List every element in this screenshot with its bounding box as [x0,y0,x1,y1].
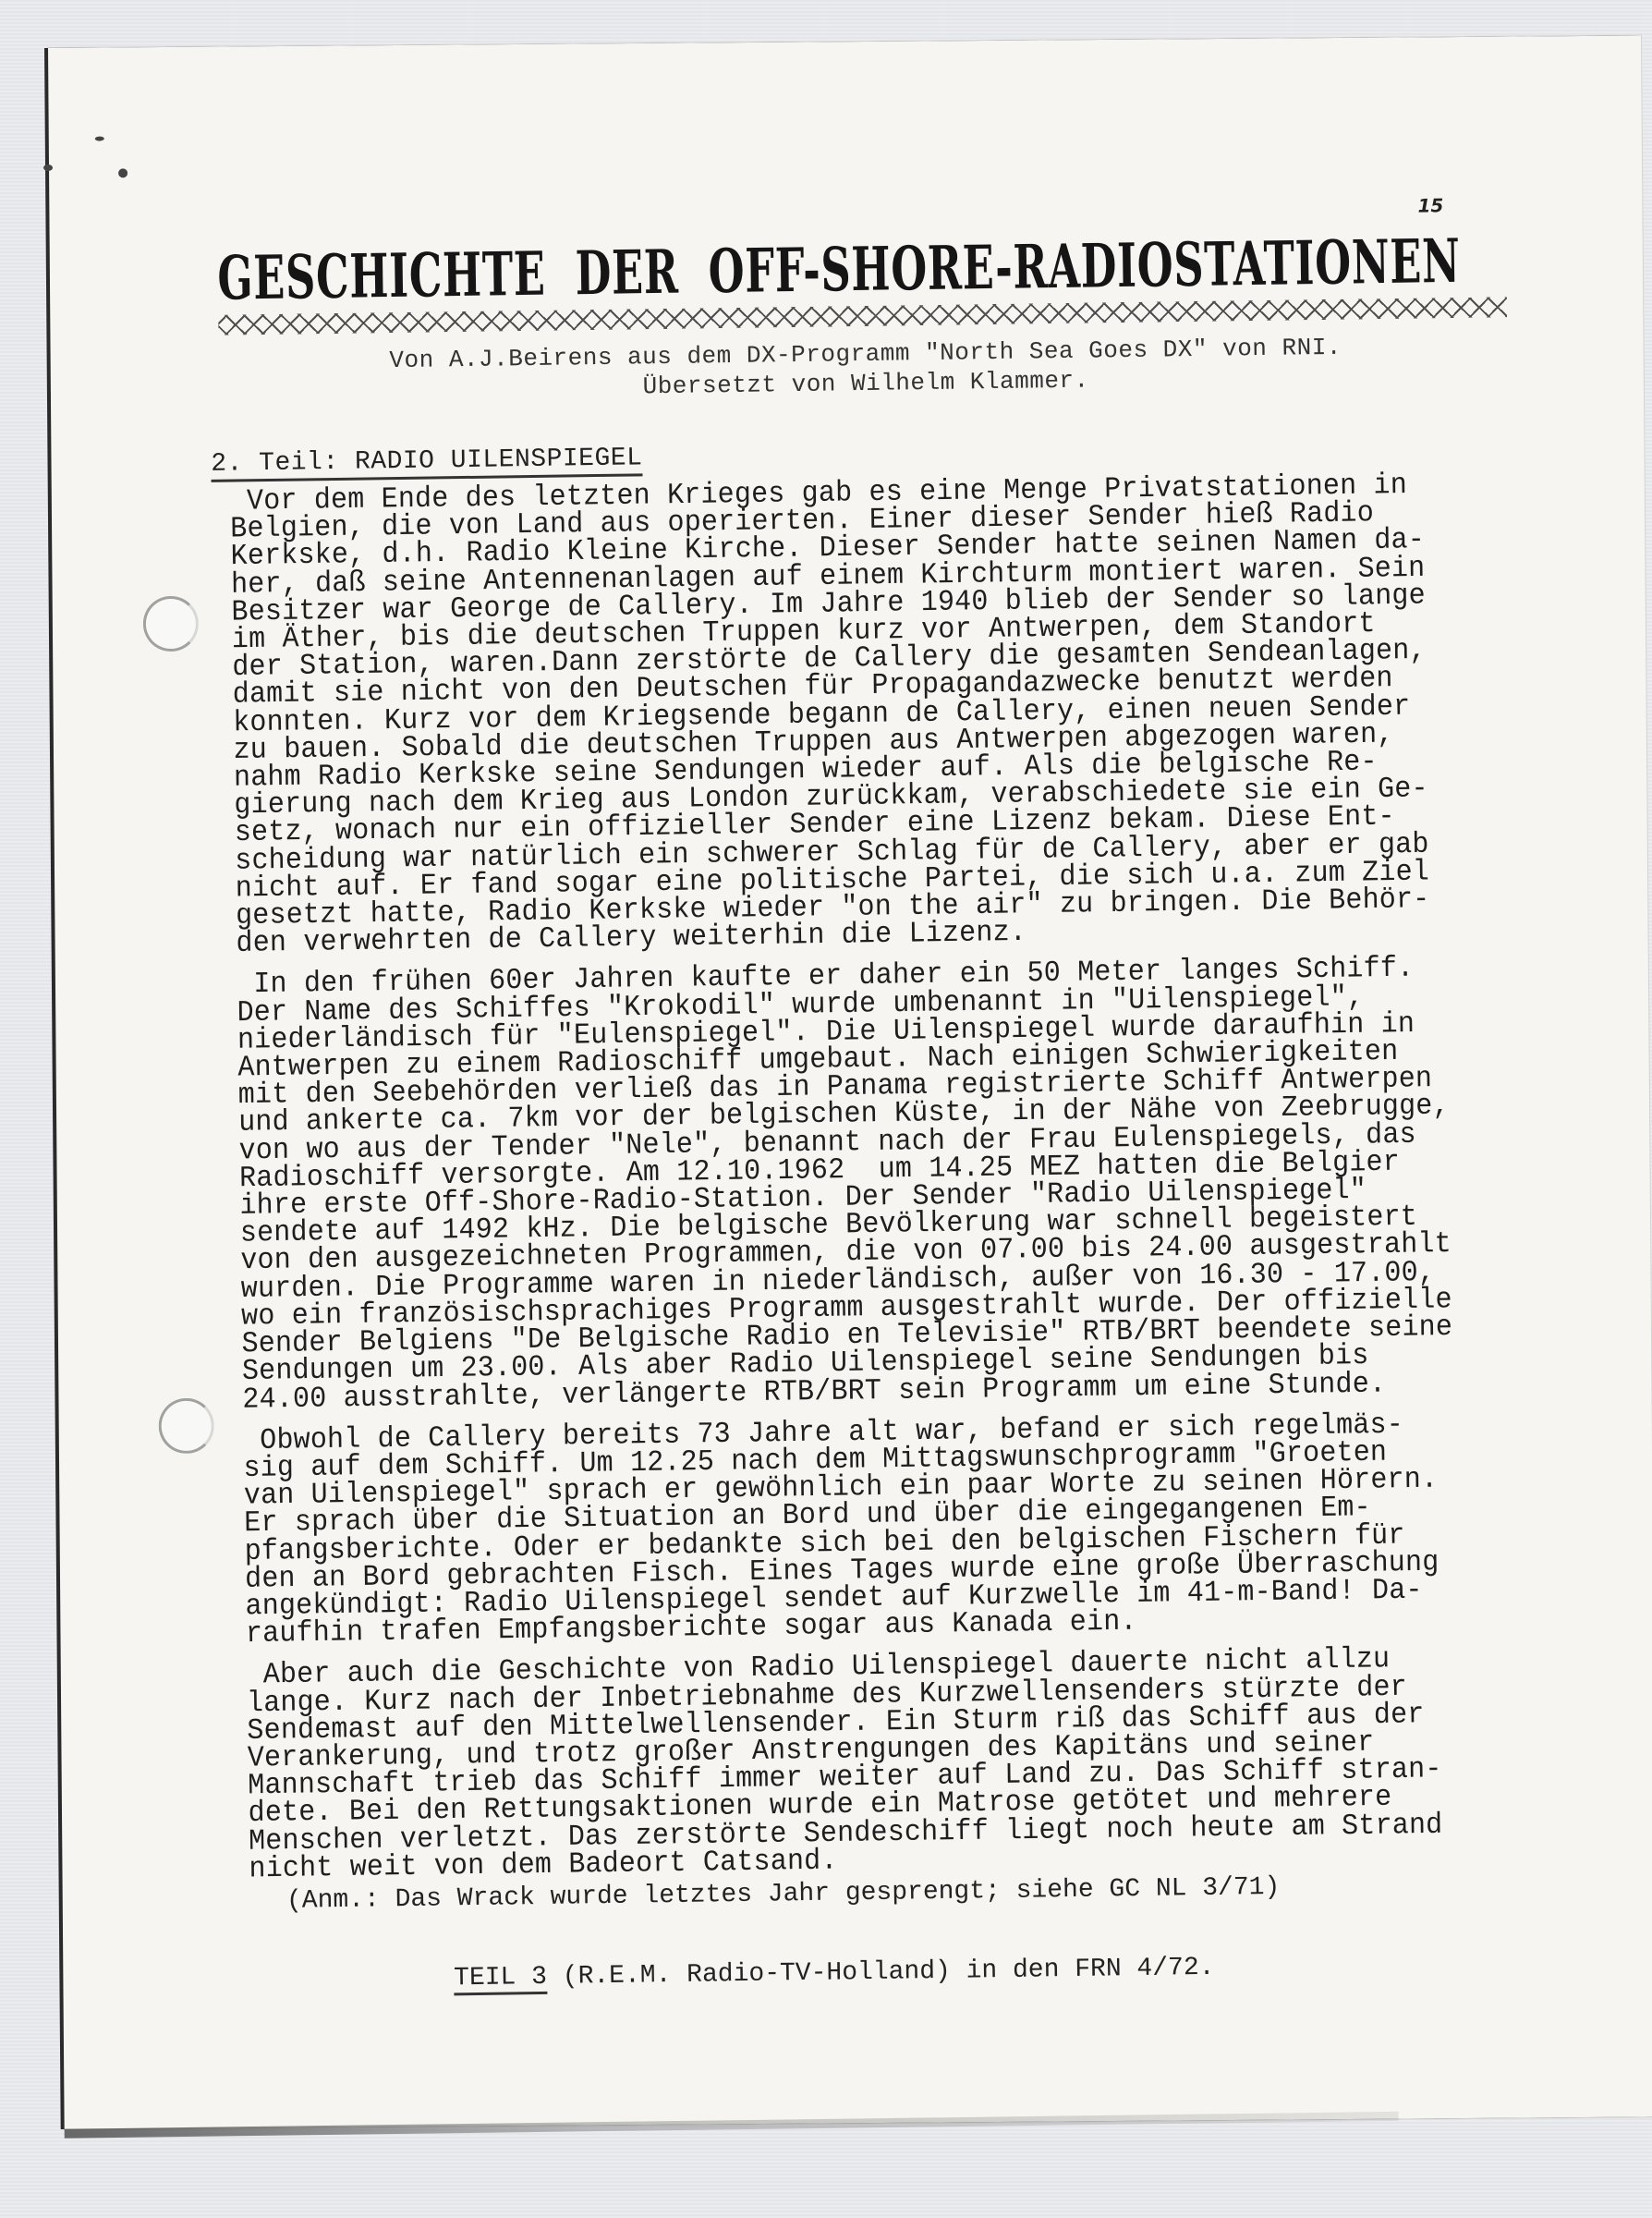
page-title: GESCHICHTE DER OFF-SHORE-RADIOSTATIONEN [217,230,1149,314]
paragraph: Vor dem Ende des letzten Krieges gab es … [230,471,1456,958]
next-part-text: (R.E.M. Radio-TV-Holland) in den FRN 4/7… [547,1954,1215,1992]
paragraph: In den frühen 60er Jahren kaufte er dahe… [237,955,1463,1414]
paragraph: Aber auch die Geschichte von Radio Uilen… [246,1645,1468,1883]
paragraph: Obwohl de Callery bereits 73 Jahre alt w… [243,1410,1465,1649]
byline: Von A.J.Beirens aus dem DX-Programm "Nor… [219,330,1513,408]
next-part-label: TEIL 3 [454,1963,547,1995]
page-content: 15 GESCHICHTE DER OFF-SHORE-RADIOSTATION… [48,30,1652,2134]
next-part-reference: TEIL 3 (R.E.M. Radio-TV-Holland) in den … [454,1954,1215,1993]
page-number: 15 [1417,194,1443,216]
document-page: 15 GESCHICHTE DER OFF-SHORE-RADIOSTATION… [48,35,1652,2128]
article-body: Vor dem Ende des letzten Krieges gab es … [230,471,1469,1897]
section-heading: 2. Teil: RADIO UILENSPIEGEL [211,444,643,482]
